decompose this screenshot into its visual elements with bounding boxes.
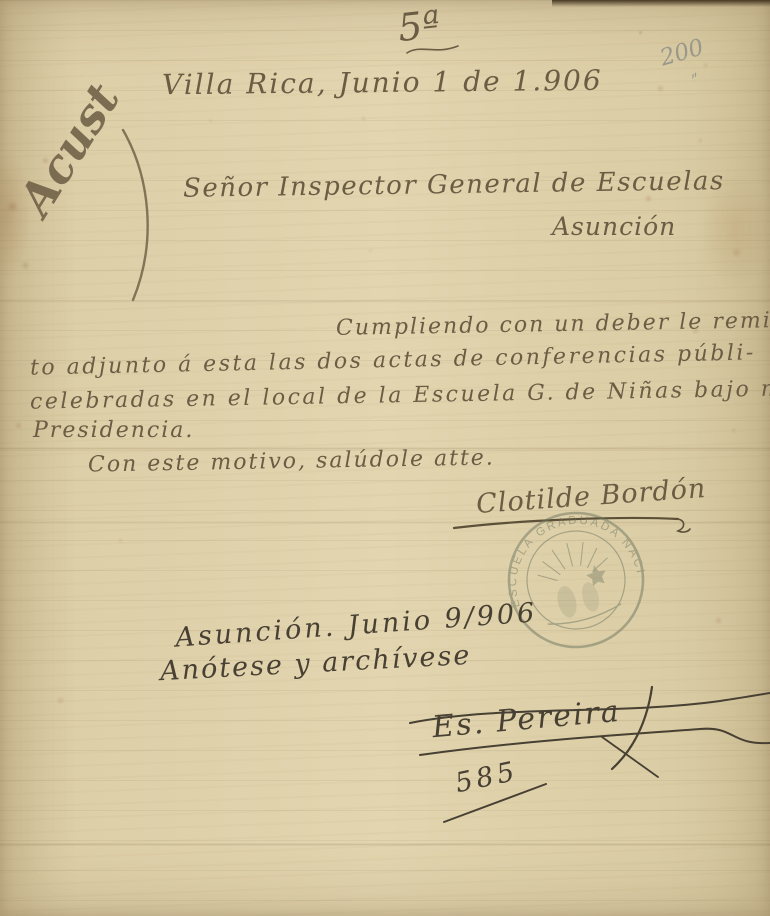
file-number-underline	[438, 778, 558, 828]
stamp-figure-right	[579, 580, 602, 613]
body-line-1: Cumpliendo con un deber le remi-	[336, 308, 770, 341]
stamp-ground-line	[547, 604, 622, 629]
foxing-spots	[0, 0, 1, 1]
recipient-city: Asunción	[552, 212, 676, 241]
paper-crease	[0, 843, 770, 846]
body-line-2: to adjunto á esta las dos actas de confe…	[30, 340, 756, 380]
pencil-tick-mark: „	[684, 61, 700, 80]
binding-shadow	[552, 0, 770, 7]
dateline: Villa Rica, Junio 1 de 1.906	[162, 64, 603, 102]
margin-flourish-stroke	[95, 122, 165, 312]
body-line-5: Con este motivo, salúdole atte.	[88, 445, 495, 477]
manuscript-letter-page: 5ª 200 „ Villa Rica, Junio 1 de 1.906 Ac…	[0, 0, 770, 916]
body-line-4: Presidencia.	[33, 418, 194, 443]
body-line-3: celebradas en el local de la Escuela G. …	[30, 376, 770, 414]
recipient-line: Señor Inspector General de Escuelas	[183, 166, 725, 204]
series-underline-flourish	[404, 42, 462, 56]
pencil-folio-number: 200	[657, 34, 706, 71]
stamp-figure-left	[554, 584, 579, 619]
